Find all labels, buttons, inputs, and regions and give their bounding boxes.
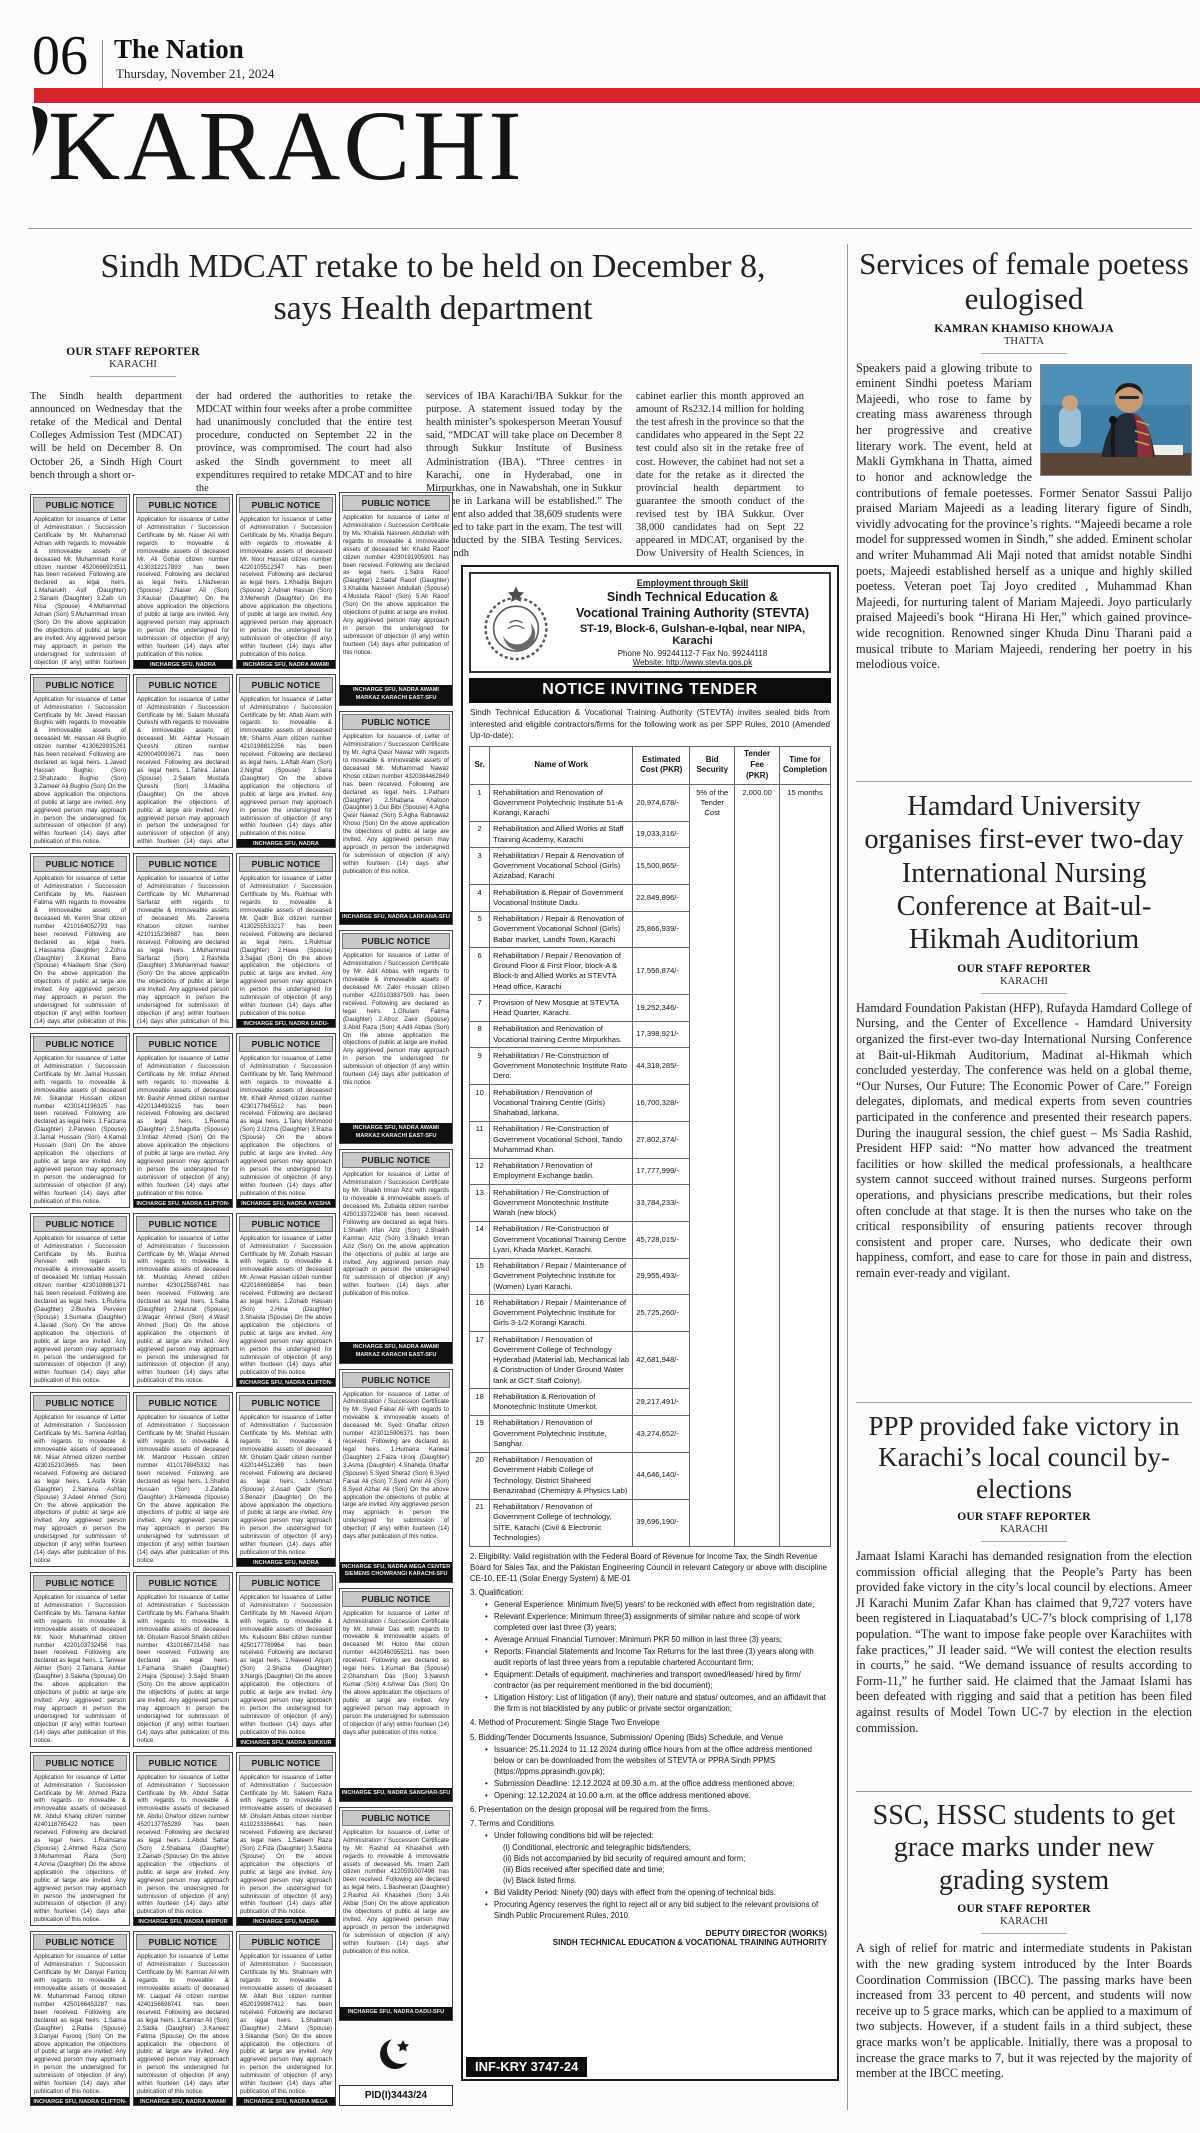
pid-label: PID(I)3443/24: [339, 2085, 453, 2106]
article-column: services of IBA Karachi/IBA Sukkur for t…: [426, 390, 622, 560]
byline-rule: [981, 1933, 1067, 1934]
work-cost: 29,955,493/-: [633, 1258, 690, 1295]
work-name: Rehabilitation and Renovation of Vocatio…: [490, 1021, 633, 1048]
work-name: Rehabilitation / Re-Construction of Gove…: [490, 1121, 633, 1158]
public-notice-footer: INCHARGE SFU, NADRA DADU-SFU: [134, 1566, 232, 1567]
public-notice: PUBLIC NOTICEApplication for issuance of…: [133, 674, 233, 849]
work-sr: 10: [470, 1085, 490, 1122]
public-notice-text: Application for issuance of Letter of Ad…: [237, 515, 335, 660]
newspaper-page: 06 The Nation Thursday, November 21, 202…: [0, 0, 1200, 2133]
work-cost: 16,700,328/-: [633, 1085, 690, 1122]
public-notice-text: Application for issuance of Letter of Ad…: [237, 1952, 335, 2097]
work-cost: 44,646,140/-: [633, 1452, 690, 1499]
public-notice-title: PUBLIC NOTICE: [136, 1755, 230, 1771]
work-sr: 8: [470, 1021, 490, 1048]
public-notice: PUBLIC NOTICEApplication for issuance of…: [133, 1931, 233, 2106]
public-notice-footer: INCHARGE SFU, NADRA SUKKUR CITY-SFU: [237, 1738, 335, 1747]
public-notice-title: PUBLIC NOTICE: [239, 1755, 333, 1771]
public-notice-title: PUBLIC NOTICE: [239, 1036, 333, 1052]
public-notice-text: Application for issuance of Letter of Ad…: [134, 1952, 232, 2097]
work-name: Rehabilitation / Renovation of Governmen…: [490, 1452, 633, 1499]
work-sr: 18: [470, 1389, 490, 1416]
public-notice-text: Application for issuance of Letter of Ad…: [237, 874, 335, 1019]
inf-tag: INF-KRY 3747-24: [466, 2057, 587, 2077]
public-notice: PUBLIC NOTICEApplication for issuance of…: [30, 1033, 130, 1208]
public-notice: PUBLIC NOTICEApplication for issuance of…: [236, 494, 336, 669]
public-notice-footer: INCHARGE SFU, NADRA HYDERABAD-SFU: [134, 660, 232, 669]
work-cost: 44,318,285/-: [633, 1048, 690, 1085]
public-notice-column: PUBLIC NOTICEApplication for issuance of…: [133, 494, 233, 2106]
tender-tagline: Employment through Skill: [561, 578, 824, 588]
tender-note: Bid Validity Period: Ninety (90) days wi…: [485, 1887, 830, 1898]
work-name: Rehabilitation and Allied Works at Staff…: [490, 821, 633, 848]
public-notice: PUBLIC NOTICEApplication for issuance of…: [236, 853, 336, 1028]
article-body: A sigh of relief for matric and intermed…: [856, 1941, 1192, 2081]
work-cost: 15,500,865/-: [633, 848, 690, 885]
work-name: Provision of New Mosque at STEVTA Head Q…: [490, 995, 633, 1022]
public-notice-title: PUBLIC NOTICE: [33, 497, 127, 513]
public-notice-footer: INCHARGE SFU, NADRA AYESHA MANZIL-DSFU: [237, 1199, 335, 1208]
col-header-time: Time for Completion: [779, 746, 830, 784]
byline: OUR STAFF REPORTER KARACHI: [30, 346, 236, 377]
byline-city: KARACHI: [30, 359, 236, 370]
byline: OUR STAFF REPORTER KARACHI: [856, 963, 1192, 994]
tender-note: Opening: 12.12.2024 at 10.00 a.m. at the…: [485, 1790, 830, 1801]
tender-note: Relevant Experience: Minimum three(3) as…: [485, 1611, 830, 1633]
public-notice-text: Application for issuance of Letter of Ad…: [134, 695, 232, 849]
public-notice-title: PUBLIC NOTICE: [33, 1755, 127, 1771]
tender-intro: Sindh Technical Education & Vocational T…: [470, 707, 830, 741]
byline-rule: [981, 353, 1067, 354]
public-notice: PUBLIC NOTICEApplication for issuance of…: [30, 1392, 130, 1567]
tender-header-text: Employment through Skill Sindh Technical…: [561, 578, 824, 667]
public-notice-column: PUBLIC NOTICEApplication for issuance of…: [30, 494, 130, 2106]
public-notice-title: PUBLIC NOTICE: [239, 677, 333, 693]
public-notice-text: Application for issuance of Letter of Ad…: [31, 1234, 129, 1387]
col-header-name: Name of Work: [490, 746, 633, 784]
public-notice: PUBLIC NOTICEApplication for issuance of…: [339, 1807, 453, 2021]
public-notice: PUBLIC NOTICEApplication for issuance of…: [133, 494, 233, 669]
byline-city: KARACHI: [856, 1916, 1192, 1927]
tender-table: Sr. Name of Work Estimated Cost (PKR) Bi…: [469, 746, 831, 1547]
article-body: Speakers paid a glowing tribute to emine…: [856, 361, 1192, 673]
crescent-logo: [339, 2026, 453, 2080]
work-cost: 45,728,015/-: [633, 1221, 690, 1258]
public-notice-footer: INCHARGE SFU, NADRA CLIFTON-DSFU: [237, 1378, 335, 1387]
tender-table-header-row: Sr. Name of Work Estimated Cost (PKR) Bi…: [470, 746, 831, 784]
article-column: cabinet earlier this month approved an a…: [636, 390, 804, 560]
signature-title: DEPUTY DIRECTOR (WORKS): [473, 1928, 827, 1938]
quote-mark-icon: [30, 106, 50, 156]
tender-note: 4. Method of Procurement: Single Stage T…: [470, 1717, 830, 1728]
public-notice: PUBLIC NOTICEApplication for issuance of…: [339, 711, 453, 925]
sindh-govt-emblem-icon: [476, 583, 556, 663]
work-sr: 6: [470, 948, 490, 995]
article-ppp: PPP provided fake victory in Karachi’s l…: [856, 1402, 1192, 1791]
tender-note: Submission Deadline: 12.12.2024 at 09.30…: [485, 1778, 830, 1789]
public-notice: PUBLIC NOTICEApplication for issuance of…: [236, 1931, 336, 2106]
public-notice: PUBLIC NOTICEApplication for issuance of…: [236, 1392, 336, 1567]
public-notice-title: PUBLIC NOTICE: [33, 1395, 127, 1411]
tender-note: (i) Conditional, electronic and telegrap…: [503, 1842, 831, 1853]
public-notice: PUBLIC NOTICEApplication for issuance of…: [30, 494, 130, 669]
public-notice: PUBLIC NOTICEApplication for issuance of…: [133, 1033, 233, 1208]
article-body: Jamaat Islami Karachi has demanded resig…: [856, 1549, 1192, 1736]
tender-fee-value: 2,000.00: [735, 785, 780, 1547]
public-notice-footer: INCHARGE SFU, NADRA LARKANA-SFU: [340, 912, 452, 925]
public-notice-text: Application for issuance of Letter of Ad…: [134, 1593, 232, 1746]
public-notice-footer: INCHARGE SFU, NADRA AYESHA MANZIL-DSFU: [134, 1386, 232, 1387]
byline-city: KARACHI: [856, 976, 1192, 987]
article-ssc: SSC, HSSC students to get grace marks un…: [856, 1791, 1192, 2128]
public-notice-title: PUBLIC NOTICE: [342, 714, 450, 730]
public-notice-title: PUBLIC NOTICE: [136, 677, 230, 693]
public-notice-text: Application for issuance of Letter of Ad…: [237, 1234, 335, 1379]
tender-org-line2: Vocational Training Authority (STEVTA): [561, 606, 824, 622]
tender-note: 7. Terms and Conditions: [470, 1818, 830, 1829]
work-cost: 33,784,233/-: [633, 1185, 690, 1222]
public-notice: PUBLIC NOTICEApplication for issuance of…: [133, 853, 233, 1028]
public-notice-footer: INCHARGE SFU, NADRA SANGHAR-SFU: [340, 1788, 452, 1801]
tender-org-line1: Sindh Technical Education &: [561, 590, 824, 606]
article-hamdard: Hamdard University organises first-ever …: [856, 781, 1192, 1402]
public-notice-title: PUBLIC NOTICE: [239, 856, 333, 872]
work-cost: 43,274,652/-: [633, 1415, 690, 1452]
public-notice: PUBLIC NOTICEApplication for issuance of…: [339, 1369, 453, 1583]
byline-rule: [90, 376, 176, 377]
public-notice-text: Application for issuance of Letter of Ad…: [31, 1952, 129, 2097]
byline-city: KARACHI: [856, 1524, 1192, 1535]
public-notice-text: Application for issuance of Letter of Ad…: [31, 874, 129, 1028]
public-notice-text: Application for issuance of Letter of Ad…: [340, 1170, 452, 1299]
work-cost: 27,802,374/-: [633, 1121, 690, 1158]
work-cost: 19,033,316/-: [633, 821, 690, 848]
section-title: KARACHI: [48, 96, 748, 196]
public-notice-column: PUBLIC NOTICEApplication for issuance of…: [236, 494, 336, 2106]
public-notice-title: PUBLIC NOTICE: [239, 497, 333, 513]
public-notice-footer: INCHARGE SFU, NADRA CLIFTON-DSFU: [134, 1199, 232, 1208]
tender-signature: DEPUTY DIRECTOR (WORKS) SINDH TECHNICAL …: [473, 1928, 827, 1947]
work-sr: 2: [470, 821, 490, 848]
byline-rule: [981, 993, 1067, 994]
tender-note: 6. Presentation on the design proposal w…: [470, 1804, 830, 1815]
work-name: Rehabilitation / Renovation of Governmen…: [490, 1415, 633, 1452]
work-name: Rehabilitation / Repair / Renovation of …: [490, 948, 633, 995]
tender-note: Under following conditions bid will be r…: [485, 1830, 830, 1841]
work-cost: 22,849,896/-: [633, 885, 690, 912]
tender-note: Equipment: Details of equipment, machine…: [485, 1669, 830, 1691]
tender-note: (ii) Bids not accompanied by bid securit…: [503, 1853, 831, 1864]
tender-note: Issuance: 25.11.2024 to 11.12 2024 durin…: [485, 1744, 830, 1777]
public-notice-title: PUBLIC NOTICE: [33, 677, 127, 693]
col-header-fee: Tender Fee (PKR): [735, 746, 780, 784]
public-notice-footer: INCHARGE SFU, NADRA CLIFTON-DSFU: [31, 2097, 129, 2106]
work-sr: 13: [470, 1185, 490, 1222]
byline-rule: [981, 1541, 1067, 1542]
work-name: Rehabilitation / Repair / Maintenance of…: [490, 1258, 633, 1295]
public-notice-text: Application for issuance of Letter of Ad…: [340, 1828, 452, 1957]
work-sr: 20: [470, 1452, 490, 1499]
public-notice-title: PUBLIC NOTICE: [33, 856, 127, 872]
article-poetess: Services of female poetess eulogised KAM…: [856, 246, 1192, 781]
byline: OUR STAFF REPORTER KARACHI: [856, 1903, 1192, 1934]
public-notice-title: PUBLIC NOTICE: [239, 1575, 333, 1591]
work-sr: 9: [470, 1048, 490, 1085]
public-notice-title: PUBLIC NOTICE: [342, 933, 450, 949]
public-notice: PUBLIC NOTICEApplication for issuance of…: [30, 853, 130, 1028]
horizontal-rule: [28, 228, 1192, 229]
tender-table-row: 1Rehabilitation and Renovation of Govern…: [470, 785, 831, 822]
public-notice: PUBLIC NOTICEApplication for issuance of…: [236, 1572, 336, 1747]
byline-reporter: OUR STAFF REPORTER: [856, 963, 1192, 975]
work-sr: 21: [470, 1499, 490, 1546]
public-notice-title: PUBLIC NOTICE: [136, 497, 230, 513]
public-notice-title: PUBLIC NOTICE: [136, 1036, 230, 1052]
public-notice-title: PUBLIC NOTICE: [239, 1395, 333, 1411]
public-notice-footer: INCHARGE SFU, NADRA CLIFTON-DSFU: [31, 1207, 129, 1208]
public-notice-title: PUBLIC NOTICE: [342, 1591, 450, 1607]
work-cost: 39,696,190/-: [633, 1499, 690, 1546]
public-notice-footer: INCHARGE SFU, NADRA AWAMI MARKAZ KARACHI…: [237, 660, 335, 669]
public-notice-text: Application for issuance of Letter of Ad…: [237, 1054, 335, 1199]
public-notice-text: Application for issuance of Letter of Ad…: [237, 1593, 335, 1738]
public-notice-footer: INCHARGE SFU, NADRA DADU-SFU: [237, 1019, 335, 1028]
work-sr: 19: [470, 1415, 490, 1452]
public-notice-title: PUBLIC NOTICE: [342, 495, 450, 511]
work-sr: 1: [470, 785, 490, 822]
work-name: Rehabilitation / Renovation of Governmen…: [490, 1332, 633, 1389]
public-notice-footer: INCHARGE SFU, NADRA SANGHAR-SFU: [237, 1558, 335, 1567]
right-column: Services of female poetess eulogised KAM…: [856, 246, 1192, 2128]
public-notice-footer: INCHARGE SFU, NADRA MIRPUR MATHELO-DSFU: [134, 1917, 232, 1926]
public-notice-text: Application for issuance of Letter of Ad…: [134, 515, 232, 660]
byline-reporter: KAMRAN KHAMISO KHOWAJA: [856, 323, 1192, 335]
work-name: Rehabilitation / Repair & Renovation of …: [490, 911, 633, 948]
public-notice-text: Application for issuance of Letter of Ad…: [31, 695, 129, 848]
public-notice-footer: INCHARGE SFU, NADRA LARKANA-SFU: [237, 839, 335, 848]
col-header-sr: Sr.: [470, 746, 490, 784]
byline-reporter: OUR STAFF REPORTER: [856, 1903, 1192, 1915]
work-sr: 12: [470, 1158, 490, 1185]
work-name: Rehabilitation / Repair & Renovation of …: [490, 848, 633, 885]
work-name: Rehabilitation / Re-Construction of Gove…: [490, 1048, 633, 1085]
work-cost: 42,681,948/-: [633, 1332, 690, 1389]
public-notice-title: PUBLIC NOTICE: [239, 1934, 333, 1950]
public-notice: PUBLIC NOTICEApplication for issuance of…: [30, 674, 130, 849]
page-number: 06: [32, 28, 88, 84]
public-notice-text: Application for issuance of Letter of Ad…: [237, 695, 335, 840]
public-notice: PUBLIC NOTICEApplication for issuance of…: [339, 1588, 453, 1802]
work-sr: 11: [470, 1121, 490, 1158]
public-notice-text: Application for issuance of Letter of Ad…: [134, 1773, 232, 1918]
tender-title-bar: NOTICE INVITING TENDER: [469, 678, 831, 703]
public-notice-title: PUBLIC NOTICE: [342, 1152, 450, 1168]
article-body: Hamdard Foundation Pakistan (HFP), Rufay…: [856, 1001, 1192, 1282]
public-notice: PUBLIC NOTICEApplication for issuance of…: [133, 1392, 233, 1567]
public-notice-footer: INCHARGE SFU, NADRA AWAMI MARKAZ KARACHI…: [340, 685, 452, 705]
work-sr: 4: [470, 885, 490, 912]
article-headline: SSC, HSSC students to get grace marks un…: [856, 1800, 1192, 1897]
public-notice: PUBLIC NOTICEApplication for issuance of…: [339, 930, 453, 1144]
tender-note: 3. Qualification:: [470, 1587, 830, 1598]
public-notice-footer: INCHARGE SFU, NADRA AWAMI MARKAZ KARACHI…: [134, 2097, 232, 2106]
completion-time-value: 15 months: [779, 785, 830, 1547]
work-cost: 29,217,491/-: [633, 1389, 690, 1416]
public-notice: PUBLIC NOTICEApplication for issuance of…: [236, 1213, 336, 1388]
work-sr: 5: [470, 911, 490, 948]
work-sr: 7: [470, 995, 490, 1022]
public-notice: PUBLIC NOTICEApplication for issuance of…: [339, 492, 453, 706]
public-notice-title: PUBLIC NOTICE: [136, 1934, 230, 1950]
article-headline: PPP provided fake victory in Karachi’s l…: [856, 1411, 1192, 1505]
public-notice-text: Application for issuance of Letter of Ad…: [31, 1054, 129, 1207]
work-sr: 16: [470, 1295, 490, 1332]
public-notice-footer: INCHARGE SFU, NADRA AWAMI MARKAZ KARACHI…: [340, 1123, 452, 1143]
work-name: Rehabilitation / Repair / Maintenance of…: [490, 1295, 633, 1332]
public-notice: PUBLIC NOTICEApplication for issuance of…: [133, 1213, 233, 1388]
signature-org: SINDH TECHNICAL EDUCATION & VOCATIONAL T…: [473, 1938, 827, 1947]
masthead-divider: [102, 40, 103, 90]
public-notice-title: PUBLIC NOTICE: [33, 1934, 127, 1950]
public-notice-footer: INCHARGE SFU, NADRA HYDERABAD-SFU: [31, 847, 129, 848]
tender-note: General Experience: Minimum five(5) year…: [485, 1599, 830, 1610]
public-notice-footer: INCHARGE SFU, NADRA AWAMI MARKAZ KARACHI…: [31, 1566, 129, 1567]
work-name: Rehabilitation & Renovation of Monotechn…: [490, 1389, 633, 1416]
public-notice-text: Application for issuance of Letter of Ad…: [340, 951, 452, 1088]
tender-note: (iii) Bids received after specified date…: [503, 1864, 831, 1875]
public-notice-title: PUBLIC NOTICE: [33, 1216, 127, 1232]
article-headline: Sindh MDCAT retake to be held on Decembe…: [30, 246, 836, 330]
public-notice: PUBLIC NOTICEApplication for issuance of…: [236, 1752, 336, 1927]
work-name: Rehabilitation and Renovation of Governm…: [490, 785, 633, 822]
tender-note: Procuring Agency reserves the right to r…: [485, 1899, 830, 1921]
public-notice-text: Application for issuance of Letter of Ad…: [134, 1054, 232, 1199]
public-notice-text: Application for issuance of Letter of Ad…: [31, 515, 129, 669]
public-notice-title: PUBLIC NOTICE: [136, 856, 230, 872]
public-notice-footer: INCHARGE SFU, NADRA AWAMI MARKAZ KARACHI…: [31, 1746, 129, 1747]
public-notice-footer: INCHARGE SFU, NADRA DADU-SFU: [340, 2007, 452, 2020]
public-notice: PUBLIC NOTICEApplication for issuance of…: [30, 1213, 130, 1388]
work-name: Rehabilitation / Re-Construction of Gove…: [490, 1221, 633, 1258]
public-notice-title: PUBLIC NOTICE: [342, 1810, 450, 1826]
public-notice-footer: INCHARGE SFU, NADRA AWAMI MARKAZ KARACHI…: [340, 1342, 452, 1362]
public-notice: PUBLIC NOTICEApplication for issuance of…: [133, 1572, 233, 1747]
public-notice-text: Application for issuance of Letter of Ad…: [340, 732, 452, 877]
tender-note: Average Annual Financial Turnover: Minim…: [485, 1634, 830, 1645]
public-notice-title: PUBLIC NOTICE: [342, 1372, 450, 1388]
tender-notes: 2. Eligibility: Valid registration with …: [469, 1551, 831, 1922]
public-notice-footer: INCHARGE SFU, NADRA MEGA CENTER SIEMENS …: [237, 2097, 335, 2106]
bid-security-value: 5% of the Tender Cost: [690, 785, 735, 1547]
tender-address: ST-19, Block-6, Gulshan-e-Iqbal, near NI…: [561, 623, 824, 647]
public-notice: PUBLIC NOTICEApplication for issuance of…: [133, 1752, 233, 1927]
byline-reporter: OUR STAFF REPORTER: [856, 1511, 1192, 1523]
public-notice-text: Application for issuance of Letter of Ad…: [340, 1609, 452, 1738]
work-cost: 17,556,874/-: [633, 948, 690, 995]
work-name: Rehabilitation & Repair of Government Vo…: [490, 885, 633, 912]
public-notice-text: Application for issuance of Letter of Ad…: [31, 1413, 129, 1566]
tender-note: 5. Bidding/Tender Documents Issuance, Su…: [470, 1732, 830, 1743]
work-cost: 19,252,346/-: [633, 995, 690, 1022]
public-notice: PUBLIC NOTICEApplication for issuance of…: [30, 1572, 130, 1747]
public-notice: PUBLIC NOTICEApplication for issuance of…: [236, 1033, 336, 1208]
public-notice-title: PUBLIC NOTICE: [33, 1036, 127, 1052]
work-sr: 3: [470, 848, 490, 885]
work-sr: 14: [470, 1221, 490, 1258]
public-notice-footer: INCHARGE SFU, NADRA MEGA CENTER SIEMENS …: [340, 1562, 452, 1582]
tender-note: (iv) Black listed firms.: [503, 1875, 831, 1886]
public-notice: PUBLIC NOTICEApplication for issuance of…: [339, 1149, 453, 1363]
public-notice-text: Application for issuance of Letter of Ad…: [340, 513, 452, 658]
article-headline: Hamdard University organises first-ever …: [856, 790, 1192, 957]
tender-note: 2. Eligibility: Valid registration with …: [470, 1551, 830, 1584]
paper-date: Thursday, November 21, 2024: [116, 66, 274, 82]
public-notice-title: PUBLIC NOTICE: [136, 1395, 230, 1411]
public-notice-text: Application for issuance of Letter of Ad…: [134, 1234, 232, 1387]
work-cost: 17,398,921/-: [633, 1021, 690, 1048]
vertical-rule: [847, 244, 848, 2110]
public-notice-text: Application for issuance of Letter of Ad…: [134, 1413, 232, 1566]
work-name: Rehabilitation / Renovation of Governmen…: [490, 1499, 633, 1546]
public-notice-title: PUBLIC NOTICE: [239, 1216, 333, 1232]
col-header-security: Bid Security: [690, 746, 735, 784]
tender-phone: Phone No. 99244112-7 Fax No. 99244118: [561, 649, 824, 658]
tender-website-link: Website: http://www.stevta.gos.pk: [561, 658, 824, 667]
public-notice-footer: INCHARGE SFU, NADRA HYDERABAD-SFU: [237, 1917, 335, 1926]
byline: OUR STAFF REPORTER KARACHI: [856, 1511, 1192, 1542]
work-sr: 17: [470, 1332, 490, 1389]
public-notice-text: Application for issuance of Letter of Ad…: [31, 1773, 129, 1926]
public-notice-footer: INCHARGE SFU, NADRA AYESHA MANZIL-DSFU: [31, 1386, 129, 1387]
tender-header: Employment through Skill Sindh Technical…: [469, 572, 831, 673]
tender-notice: Employment through Skill Sindh Technical…: [461, 565, 839, 2081]
public-notice-title: PUBLIC NOTICE: [136, 1216, 230, 1232]
public-notice-text: Application for issuance of Letter of Ad…: [340, 1390, 452, 1543]
public-notice-column: PUBLIC NOTICEApplication for issuance of…: [339, 492, 453, 2106]
byline-reporter: OUR STAFF REPORTER: [30, 346, 236, 358]
work-name: Rehabilitation / Renovation of Vocationa…: [490, 1085, 633, 1122]
byline: KAMRAN KHAMISO KHOWAJA THATTA: [856, 323, 1192, 354]
work-name: Rehabilitation / Renovation of Employmen…: [490, 1158, 633, 1185]
work-cost: 20,974,678/-: [633, 785, 690, 822]
tender-note: Reports: Financial Statements and Income…: [485, 1646, 830, 1668]
public-notice-text: Application for issuance of Letter of Ad…: [237, 1413, 335, 1558]
public-notice-title: PUBLIC NOTICE: [33, 1575, 127, 1591]
public-notice: PUBLIC NOTICEApplication for issuance of…: [236, 674, 336, 849]
col-header-cost: Estimated Cost (PKR): [633, 746, 690, 784]
work-name: Rehabilitation / Re-Construction of Gove…: [490, 1185, 633, 1222]
public-notice-footer: INCHARGE SFU, NADRA AYESHA MANZIL-DSFU: [31, 1925, 129, 1926]
public-notice-text: Application for issuance of Letter of Ad…: [237, 1773, 335, 1918]
work-cost: 17,777,999/-: [633, 1158, 690, 1185]
public-notice-text: Application for issuance of Letter of Ad…: [134, 874, 232, 1028]
work-sr: 15: [470, 1258, 490, 1295]
public-notice: PUBLIC NOTICEApplication for issuance of…: [30, 1752, 130, 1927]
poetess-event-photo: [1040, 364, 1192, 476]
public-notice: PUBLIC NOTICEApplication for issuance of…: [30, 1931, 130, 2106]
public-notice-title: PUBLIC NOTICE: [136, 1575, 230, 1591]
tender-note: Litigation History: List of litigation (…: [485, 1692, 830, 1714]
byline-city: THATTA: [856, 336, 1192, 347]
article-headline: Services of female poetess eulogised: [856, 246, 1192, 317]
work-cost: 25,866,939/-: [633, 911, 690, 948]
public-notice-footer: INCHARGE SFU, NADRA SUKKUR CITY-SFU: [134, 1746, 232, 1747]
work-cost: 25,725,260/-: [633, 1295, 690, 1332]
public-notice-text: Application for issuance of Letter of Ad…: [31, 1593, 129, 1746]
paper-name: The Nation: [114, 34, 244, 65]
